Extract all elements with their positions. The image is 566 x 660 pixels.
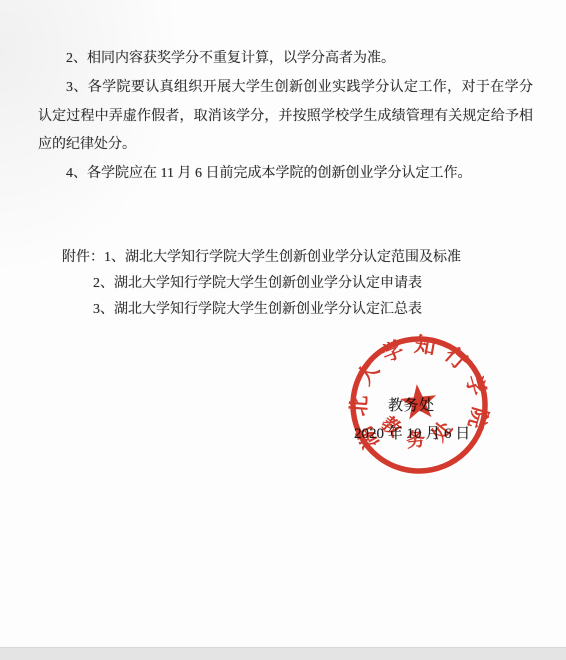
document-body: 2、相同内容获奖学分不重复计算，以学分高者为准。 3、各学院要认真组织开展大学生… xyxy=(38,45,533,323)
signature-department: 教务处 xyxy=(388,394,435,415)
paragraph-2: 2、相同内容获奖学分不重复计算，以学分高者为准。 xyxy=(38,45,533,74)
attachments-label: 附件： xyxy=(62,250,104,265)
page-bottom-margin xyxy=(0,647,566,660)
attachments-list: 附件：1、湖北大学知行学院大学生创新创业学分认定范围及标准 2、湖北大学知行学院… xyxy=(38,245,533,323)
paragraph-4: 4、各学院应在 11 月 6 日前完成本学院的创新创业学分认定工作。 xyxy=(38,160,533,189)
signature-date: 2020 年 10 月 6 日 xyxy=(354,422,470,443)
document-page: 2、相同内容获奖学分不重复计算，以学分高者为准。 3、各学院要认真组织开展大学生… xyxy=(0,0,566,647)
paragraph-3: 3、各学院要认真组织开展大学生创新创业实践学分认定工作，对于在学分认定过程中弄虚… xyxy=(38,74,533,160)
attachment-item-3: 3、湖北大学知行学院大学生创新创业学分认定汇总表 xyxy=(62,297,533,323)
attachment-item-1: 1、湖北大学知行学院大学生创新创业学分认定范围及标准 xyxy=(104,250,461,265)
attachment-item-2: 2、湖北大学知行学院大学生创新创业学分认定申请表 xyxy=(62,271,533,297)
scanned-document-view: 2、相同内容获奖学分不重复计算，以学分高者为准。 3、各学院要认真组织开展大学生… xyxy=(0,0,566,660)
attachment-line-1: 附件：1、湖北大学知行学院大学生创新创业学分认定范围及标准 xyxy=(62,245,533,271)
